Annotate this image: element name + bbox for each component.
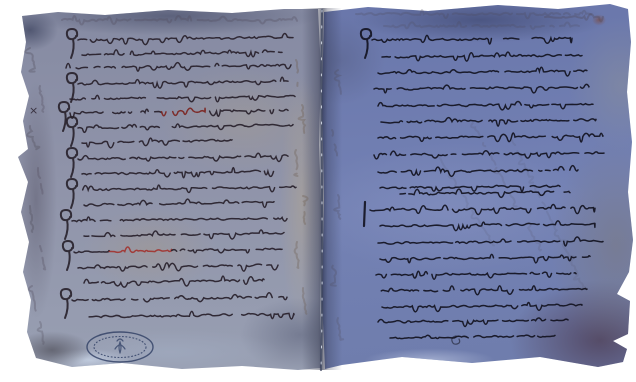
palimpsest-underwriting: [25, 10, 603, 344]
manuscript-photo: ×: [0, 0, 636, 382]
handwriting-overlay: [0, 0, 636, 382]
left-page-text: [59, 29, 296, 319]
binding-seam: [321, 10, 322, 370]
library-stamp-icon: [87, 332, 153, 362]
right-page-text: [361, 29, 604, 344]
